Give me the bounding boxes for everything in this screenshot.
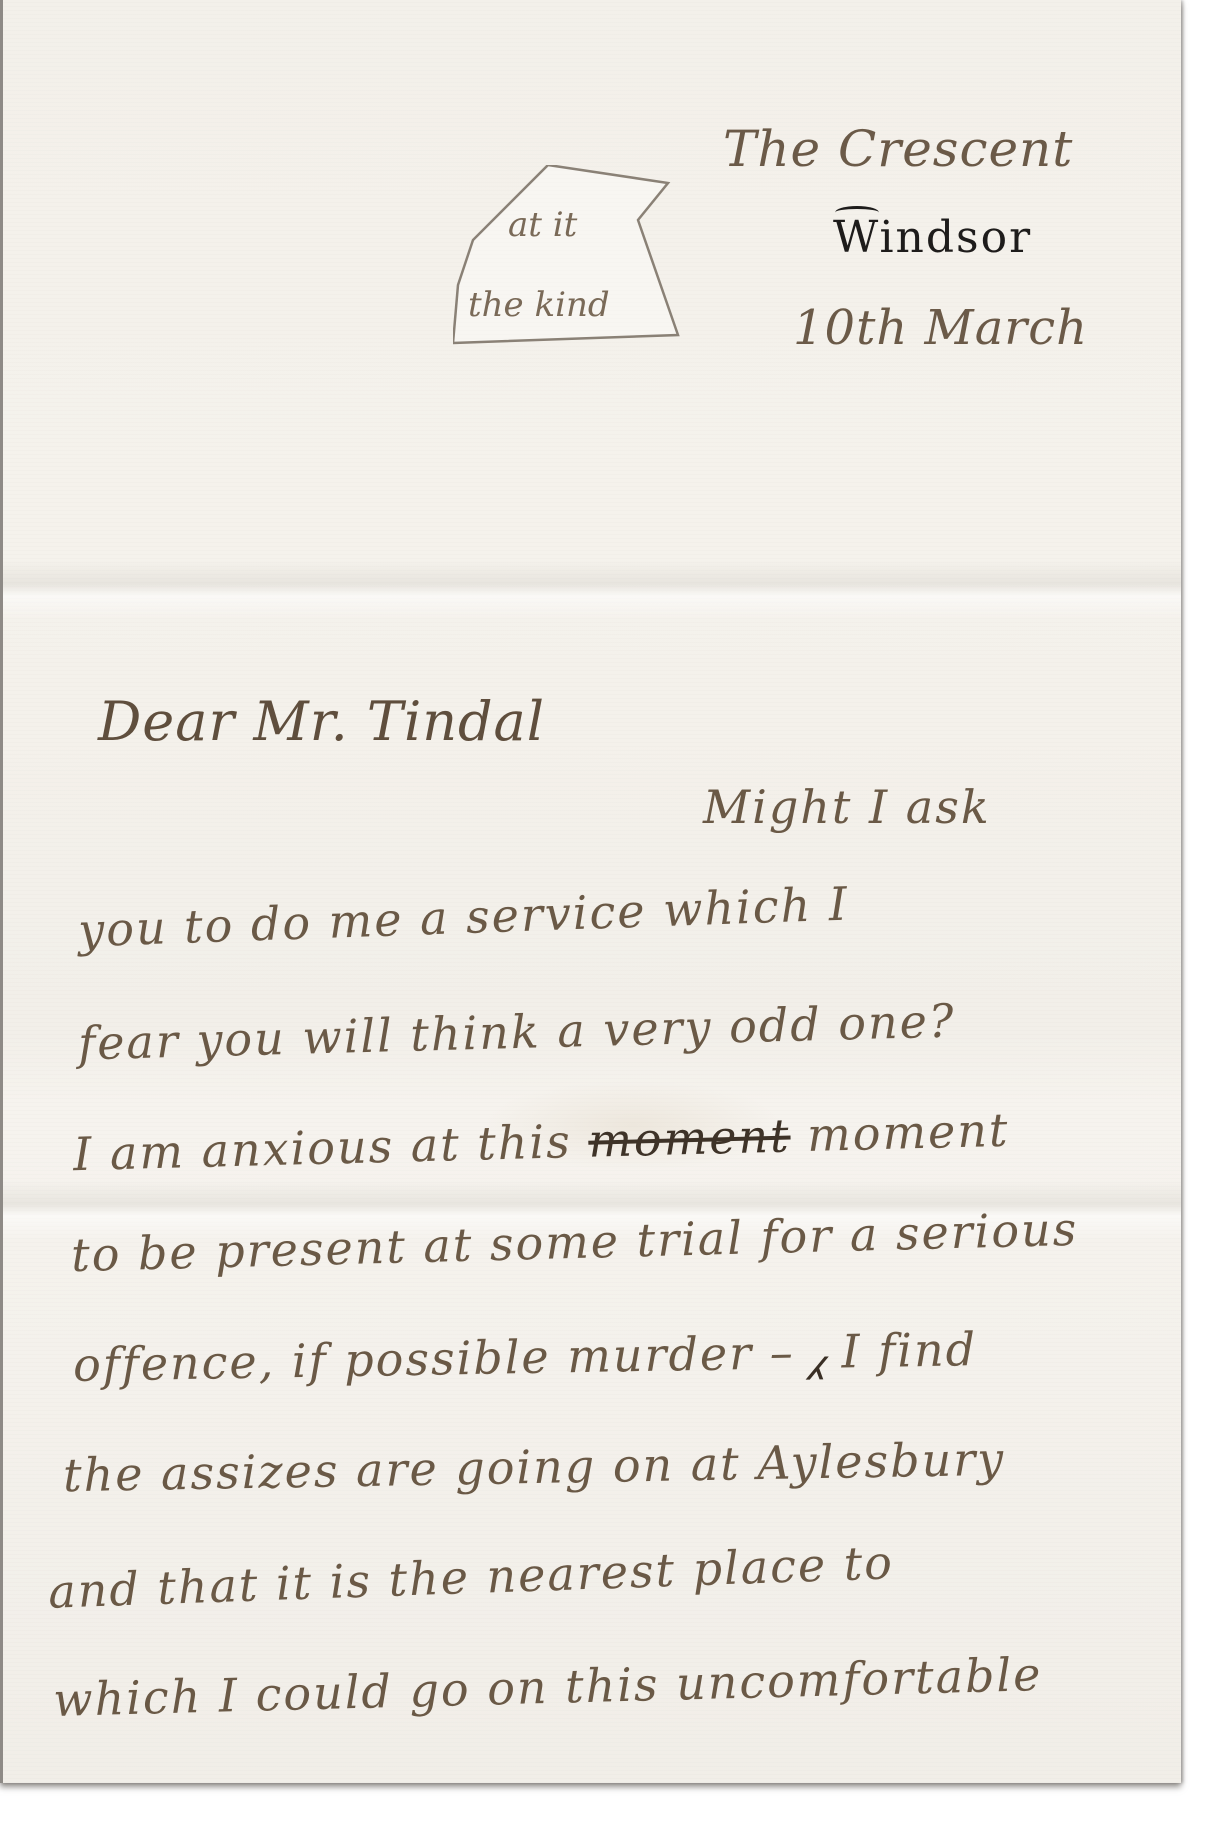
cutout-text-line-2: the kind bbox=[468, 285, 610, 325]
body-line-4-start: I am anxious at this bbox=[72, 1114, 589, 1181]
body-line-4: I am anxious at this moment moment bbox=[72, 1103, 1010, 1181]
letter-page: at it the kind The Crescent Windsor 10th… bbox=[0, 0, 1181, 1783]
cutout-text-line-1: at it bbox=[508, 205, 577, 245]
body-line-6-start: offence, if possible murder – bbox=[73, 1325, 812, 1392]
handwritten-date: 10th March bbox=[793, 300, 1088, 356]
body-line-2: you to do me a service which I bbox=[77, 877, 849, 958]
body-line-4-end: moment bbox=[790, 1103, 1010, 1163]
cutout-outline-icon bbox=[453, 165, 683, 355]
paper-fold-upper bbox=[3, 560, 1181, 620]
body-line-7: the assizes are going on at Aylesbury bbox=[63, 1432, 1006, 1502]
insertion-mark: ⁁ bbox=[811, 1325, 825, 1379]
struck-word: moment bbox=[588, 1108, 792, 1167]
body-line-9: which I could go on this uncomfortable bbox=[52, 1647, 1043, 1727]
body-line-3: fear you will think a very odd one? bbox=[77, 994, 956, 1071]
body-line-8: and that it is the nearest place to bbox=[47, 1535, 894, 1618]
body-line-1: Might I ask bbox=[703, 780, 991, 834]
body-line-6: offence, if possible murder – ⁁ I find bbox=[73, 1322, 978, 1392]
salutation: Dear Mr. Tindal bbox=[98, 690, 545, 753]
handwritten-address: The Crescent bbox=[723, 120, 1073, 178]
printed-letterhead-place: Windsor bbox=[833, 212, 1032, 263]
cutout-fragment: at it the kind bbox=[453, 165, 683, 355]
body-line-6-end: I find bbox=[824, 1322, 977, 1379]
